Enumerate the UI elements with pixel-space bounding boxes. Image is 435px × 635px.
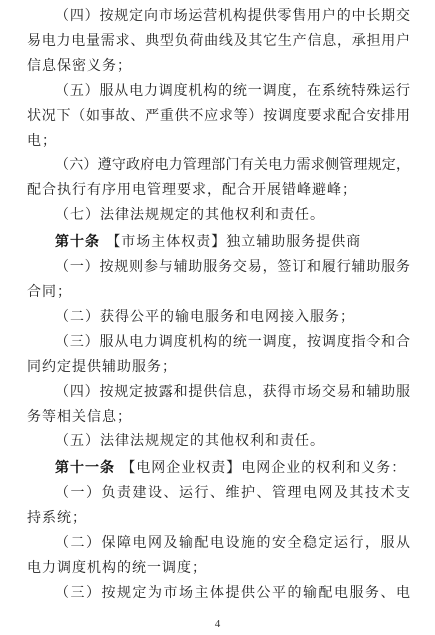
body-line: （一）按规则参与辅助服务交易，签订和履行辅助服务: [27, 256, 410, 281]
page-number: 4: [215, 618, 221, 630]
line-text: 电力调度机构的统一调度；: [27, 561, 207, 576]
article-heading: 第十一条【电网企业权责】电网企业的权利和义务：: [27, 455, 410, 482]
line-text: 电；: [27, 134, 57, 149]
line-text: 配合执行有序用电管理要求，配合开展错峰避峰；: [27, 183, 357, 198]
page-footer: 4: [0, 614, 435, 632]
body-line: 持系统；: [27, 507, 410, 532]
body-line: 同约定提供辅助服务；: [27, 356, 410, 381]
line-text: （四）按规定向市场运营机构提供零售用户的中长期交: [55, 9, 410, 24]
body-line: 信息保密义务；: [27, 55, 410, 80]
body-line: 易电力电量需求、典型负荷曲线及其它生产信息，承担用户: [27, 30, 410, 55]
article-heading: 第十条【市场主体权责】独立辅助服务提供商: [27, 229, 410, 256]
article-number: 第十一条: [55, 459, 115, 475]
line-text: （三）服从电力调度机构的统一调度，按调度指令和合: [55, 335, 410, 350]
body-line: 电力调度机构的统一调度；: [27, 557, 410, 582]
line-text: （六）遵守政府电力管理部门有关电力需求侧管理规定，: [55, 158, 410, 173]
line-text: 易电力电量需求、典型负荷曲线及其它生产信息，承担用户: [27, 34, 410, 49]
body-line: 合同；: [27, 281, 410, 306]
article-number: 第十条: [55, 233, 100, 249]
line-text: （二）保障电网及输配电设施的安全稳定运行，服从: [55, 536, 410, 551]
body-line: （四）按规定披露和提供信息，获得市场交易和辅助服: [27, 381, 410, 406]
body-line: 配合执行有序用电管理要求，配合开展错峰避峰；: [27, 179, 410, 204]
body-line: （二）保障电网及输配电设施的安全稳定运行，服从: [27, 532, 410, 557]
line-text: 【市场主体权责】独立辅助服务提供商: [106, 235, 361, 250]
document-body: （四）按规定向市场运营机构提供零售用户的中长期交易电力电量需求、典型负荷曲线及其…: [0, 0, 435, 607]
body-line: （六）遵守政府电力管理部门有关电力需求侧管理规定，: [27, 154, 410, 179]
body-line: （三）按规定为市场主体提供公平的输配电服务、电: [27, 582, 410, 607]
line-text: 合同；: [27, 285, 72, 300]
line-text: （四）按规定披露和提供信息，获得市场交易和辅助服: [55, 385, 410, 400]
line-text: 状况下（如事故、严重供不应求等）按调度要求配合安排用: [27, 109, 410, 124]
line-text: （五）服从电力调度机构的统一调度，在系统特殊运行: [55, 84, 410, 99]
line-text: 务等相关信息；: [27, 410, 132, 425]
document-page: （四）按规定向市场运营机构提供零售用户的中长期交易电力电量需求、典型负荷曲线及其…: [0, 0, 435, 635]
body-line: 状况下（如事故、严重供不应求等）按调度要求配合安排用: [27, 105, 410, 130]
body-line: （七）法律法规规定的其他权利和责任。: [27, 204, 410, 229]
line-text: （二）获得公平的输电服务和电网接入服务；: [55, 310, 355, 325]
body-line: 务等相关信息；: [27, 406, 410, 431]
body-line: 电；: [27, 130, 410, 155]
body-line: （二）获得公平的输电服务和电网接入服务；: [27, 306, 410, 331]
line-text: 【电网企业权责】电网企业的权利和义务：: [121, 461, 406, 476]
line-text: 信息保密义务；: [27, 59, 132, 74]
body-line: （五）法律法规规定的其他权利和责任。: [27, 430, 410, 455]
body-line: （一）负责建设、运行、维护、管理电网及其技术支: [27, 482, 410, 507]
line-text: （七）法律法规规定的其他权利和责任。: [55, 208, 325, 223]
line-text: 同约定提供辅助服务；: [27, 360, 177, 375]
body-line: （五）服从电力调度机构的统一调度，在系统特殊运行: [27, 80, 410, 105]
body-line: （三）服从电力调度机构的统一调度，按调度指令和合: [27, 331, 410, 356]
line-text: （五）法律法规规定的其他权利和责任。: [55, 434, 325, 449]
body-line: （四）按规定向市场运营机构提供零售用户的中长期交: [27, 5, 410, 30]
line-text: 持系统；: [27, 511, 87, 526]
line-text: （一）按规则参与辅助服务交易，签订和履行辅助服务: [55, 260, 410, 275]
line-text: （三）按规定为市场主体提供公平的输配电服务、电: [55, 586, 410, 601]
line-text: （一）负责建设、运行、维护、管理电网及其技术支: [55, 486, 410, 501]
